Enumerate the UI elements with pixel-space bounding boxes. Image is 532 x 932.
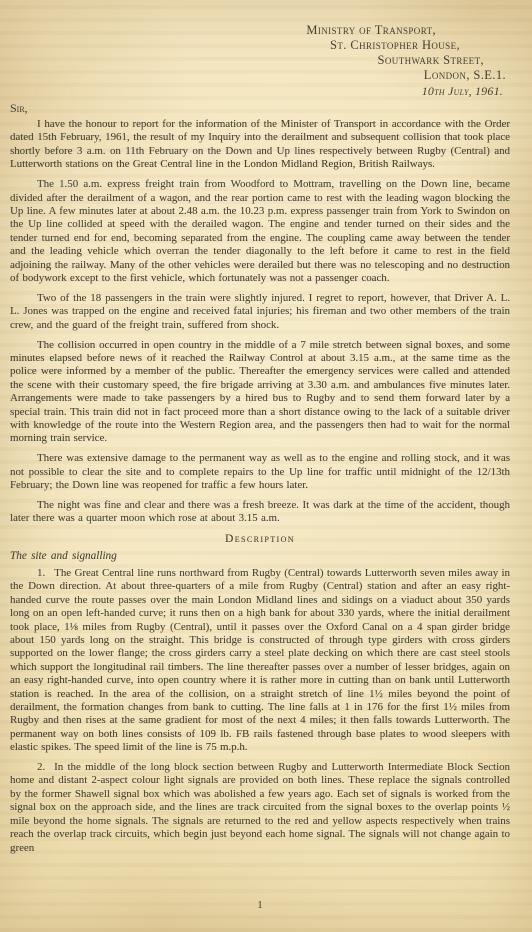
intro-paragraph-2: The 1.50 a.m. express freight train from… (10, 178, 510, 285)
salutation: Sir, (10, 102, 510, 115)
paragraph-number-1: 1. (37, 567, 45, 579)
page-number: 1 (0, 899, 520, 911)
description-heading: Description (10, 533, 510, 545)
intro-paragraph-1: I have the honour to report for the info… (10, 118, 510, 172)
intro-paragraph-5: There was extensive damage to the perman… (10, 452, 510, 492)
report-page: Ministry of Transport, St. Christopher H… (0, 0, 532, 932)
intro-paragraph-4: The collision occurred in open country i… (10, 339, 510, 446)
letterhead: Ministry of Transport, St. Christopher H… (10, 23, 510, 99)
letterhead-line-street: Southwark Street, (10, 53, 510, 68)
intro-paragraph-6: The night was fine and clear and there w… (10, 499, 510, 526)
paragraph-text-1: The Great Central line runs northward fr… (10, 567, 510, 753)
paragraph-text-2: In the middle of the long block section … (10, 761, 510, 853)
letterhead-line-city: London, S.E.1. (10, 68, 510, 83)
numbered-paragraph-1: 1.The Great Central line runs northward … (10, 567, 510, 755)
letterhead-date: 10th July, 1961. (10, 83, 510, 99)
letterhead-line-ministry: Ministry of Transport, (10, 23, 510, 38)
paragraph-number-2: 2. (37, 761, 45, 773)
numbered-paragraph-2: 2.In the middle of the long block sectio… (10, 761, 510, 855)
intro-paragraph-3: Two of the 18 passengers in the train we… (10, 292, 510, 332)
letterhead-line-house: St. Christopher House, (10, 38, 510, 53)
site-and-signalling-subheading: The site and signalling (10, 549, 510, 563)
